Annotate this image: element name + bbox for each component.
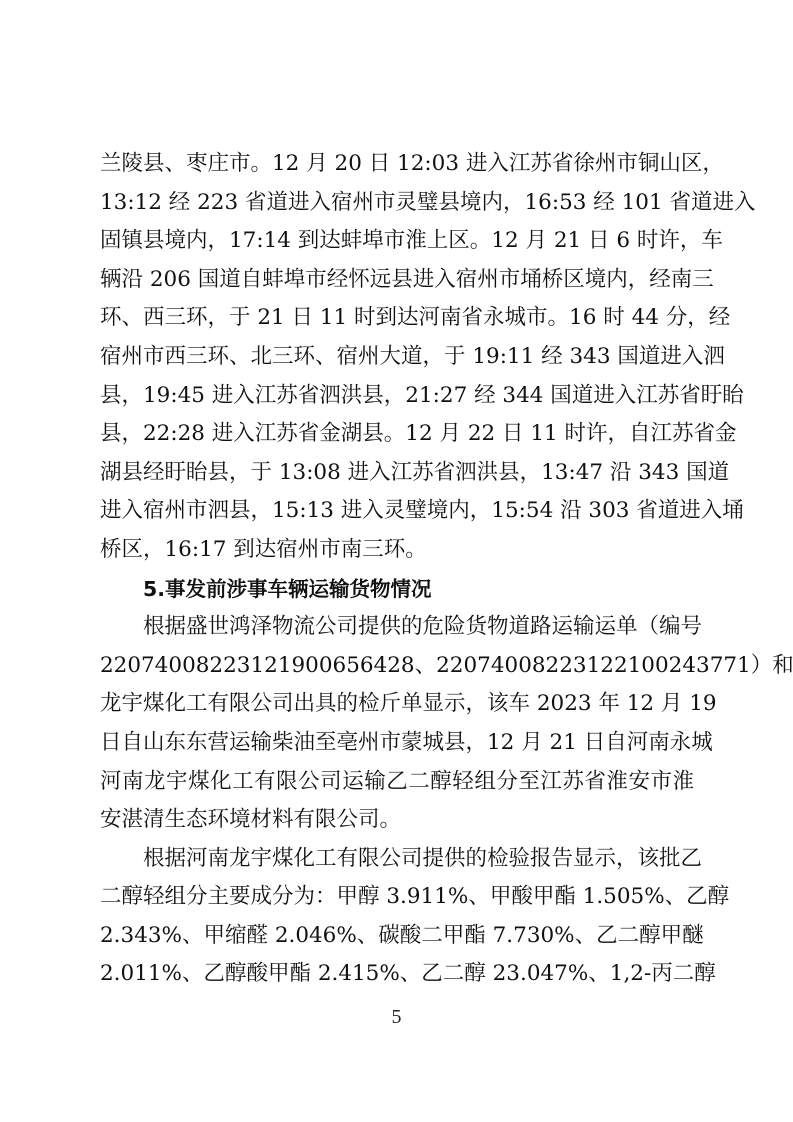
waybill-numbers-line: 22074008223121900656428、2207400822312210… — [100, 647, 694, 686]
text-line: 固镇县境内，17:14 到达蚌埠市淮上区。12 月 21 日 6 时许，车 — [100, 222, 694, 261]
page-number: 5 — [0, 1006, 793, 1029]
composition-line: 二醇轻组分主要成分为：甲醇 3.911%、甲酸甲酯 1.505%、乙醇 — [100, 878, 694, 917]
composition-line: 2.343%、甲缩醛 2.046%、碳酸二甲酯 7.730%、乙二醇甲醚 — [100, 917, 694, 956]
text-line: 县，19:45 进入江苏省泗洪县，21:27 经 344 国道进入江苏省盱眙 — [100, 377, 694, 416]
document-page: 兰陵县、枣庄市。12 月 20 日 12:03 进入江苏省徐州市铜山区， 13:… — [0, 0, 793, 1122]
text-line: 辆沿 206 国道自蚌埠市经怀远县进入宿州市埇桥区境内，经南三 — [100, 261, 694, 300]
text-line: 河南龙宇煤化工有限公司运输乙二醇轻组分至江苏省淮安市淮 — [100, 763, 694, 802]
text-line: 根据盛世鸿泽物流公司提供的危险货物道路运输运单（编号 — [100, 608, 694, 647]
text-line: 环、西三环，于 21 日 11 时到达河南省永城市。16 时 44 分，经 — [100, 299, 694, 338]
text-line: 桥区，16:17 到达宿州市南三环。 — [100, 531, 694, 570]
text-line: 日自山东东营运输柴油至亳州市蒙城县，12 月 21 日自河南永城 — [100, 724, 694, 763]
text-line: 进入宿州市泗县，15:13 进入灵璧境内，15:54 沿 303 省道进入埇 — [100, 492, 694, 531]
composition-line: 2.011%、乙醇酸甲酯 2.415%、乙二醇 23.047%、1,2-丙二醇 — [100, 955, 694, 994]
text-line: 根据河南龙宇煤化工有限公司提供的检验报告显示，该批乙 — [100, 840, 694, 879]
text-line: 龙宇煤化工有限公司出具的检斤单显示，该车 2023 年 12 月 19 — [100, 685, 694, 724]
body-text: 兰陵县、枣庄市。12 月 20 日 12:03 进入江苏省徐州市铜山区， 13:… — [100, 145, 694, 994]
text-line: 县，22:28 进入江苏省金湖县。12 月 22 日 11 时许，自江苏省金 — [100, 415, 694, 454]
section-heading: 5.事发前涉事车辆运输货物情况 — [100, 570, 694, 609]
text-line: 安湛清生态环境材料有限公司。 — [100, 801, 694, 840]
text-line: 兰陵县、枣庄市。12 月 20 日 12:03 进入江苏省徐州市铜山区， — [100, 145, 694, 184]
text-line: 13:12 经 223 省道进入宿州市灵璧县境内，16:53 经 101 省道进… — [100, 184, 694, 223]
text-line: 湖县经盱眙县，于 13:08 进入江苏省泗洪县，13:47 沿 343 国道 — [100, 454, 694, 493]
text-line: 宿州市西三环、北三环、宿州大道，于 19:11 经 343 国道进入泗 — [100, 338, 694, 377]
